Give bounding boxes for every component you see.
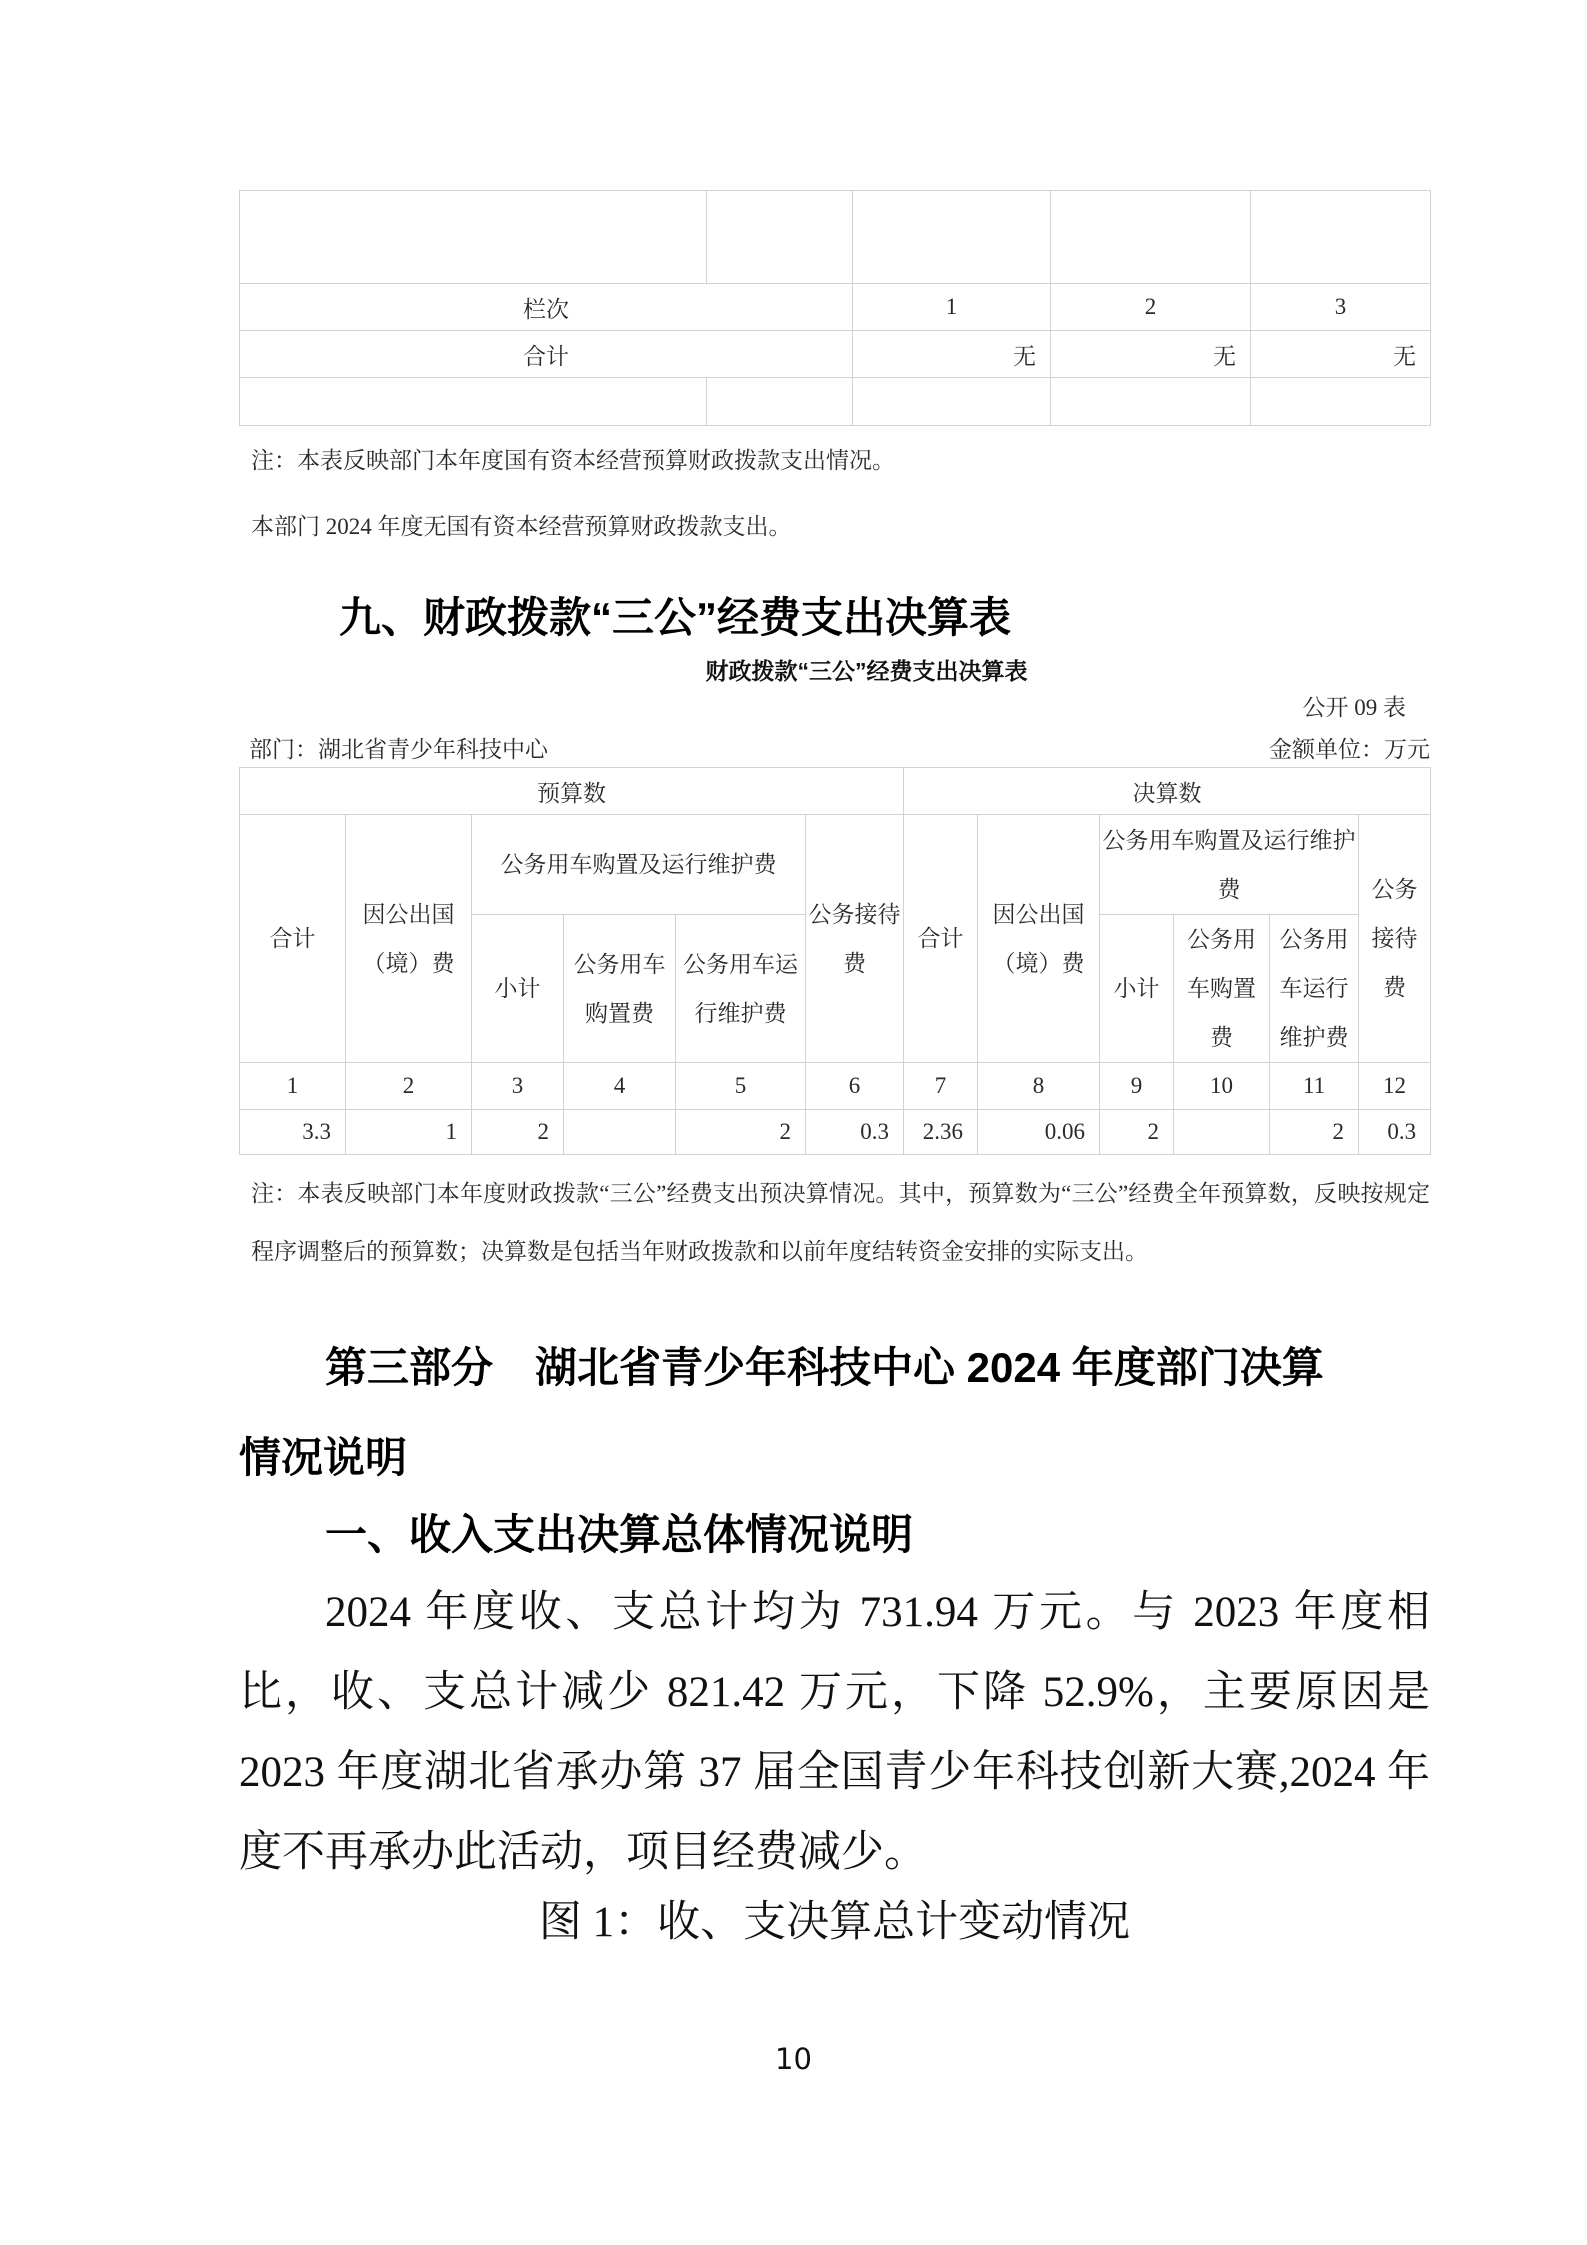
value-cell: 0.3 bbox=[1359, 1110, 1431, 1155]
total-value-cell: 无 bbox=[1051, 331, 1251, 378]
budget-vehicle-group-header: 公务用车购置及运行维护费 bbox=[472, 815, 806, 915]
column-number-cell: 3 bbox=[1251, 284, 1431, 331]
part-three-heading: 第三部分 湖北省青少年科技中心 2024 年度部门决算 情况说明 bbox=[239, 1323, 1430, 1503]
budget-vehicle-maintain-header: 公务用车运行维护费 bbox=[676, 915, 806, 1063]
budget-abroad-header: 因公出国（境）费 bbox=[346, 815, 472, 1063]
final-abroad-header: 因公出国（境）费 bbox=[978, 815, 1100, 1063]
value-cell: 2 bbox=[1270, 1110, 1359, 1155]
data-row: 3.3 1 2 2 0.3 2.36 0.06 2 2 0.3 bbox=[240, 1110, 1431, 1155]
empty-cell bbox=[707, 378, 853, 426]
part-three-heading-line1: 第三部分 湖北省青少年科技中心 2024 年度部门决算 bbox=[239, 1323, 1430, 1413]
value-cell: 0.06 bbox=[978, 1110, 1100, 1155]
value-cell: 3.3 bbox=[240, 1110, 346, 1155]
empty-cell bbox=[1251, 378, 1431, 426]
empty-cell bbox=[1251, 191, 1431, 284]
budget-group-header: 预算数 bbox=[240, 768, 904, 815]
total-row-label: 合计 bbox=[240, 331, 853, 378]
budget-total-header: 合计 bbox=[240, 815, 346, 1063]
column-number-cell: 1 bbox=[853, 284, 1051, 331]
sangong-table: 预算数 决算数 合计 因公出国（境）费 公务用车购置及运行维护费 公务接待费 合… bbox=[239, 767, 1431, 1155]
budget-reception-header: 公务接待费 bbox=[806, 815, 904, 1063]
value-cell: 2 bbox=[676, 1110, 806, 1155]
column-number-cell: 2 bbox=[1051, 284, 1251, 331]
empty-cell bbox=[1051, 191, 1251, 284]
value-cell bbox=[564, 1110, 676, 1155]
value-cell: 2 bbox=[472, 1110, 564, 1155]
total-value-cell: 无 bbox=[1251, 331, 1431, 378]
empty-cell bbox=[240, 191, 707, 284]
table-title: 财政拨款“三公”经费支出决算表 bbox=[239, 656, 1430, 686]
part-three-heading-line2: 情况说明 bbox=[239, 1413, 1430, 1503]
table-row: 预算数 决算数 bbox=[240, 768, 1431, 815]
empty-cell bbox=[707, 191, 853, 284]
column-number-cell: 11 bbox=[1270, 1063, 1359, 1110]
column-number-cell: 10 bbox=[1174, 1063, 1270, 1110]
final-total-header: 合计 bbox=[904, 815, 978, 1063]
table-row: 栏次 1 2 3 bbox=[240, 284, 1431, 331]
column-number-row: 1 2 3 4 5 6 7 8 9 10 11 12 bbox=[240, 1063, 1431, 1110]
table-row: 合计 因公出国（境）费 公务用车购置及运行维护费 公务接待费 合计 因公出国（境… bbox=[240, 815, 1431, 915]
content-area: 栏次 1 2 3 合计 无 无 无 注：本表反映部门本年度国有资本经营预算财政拨… bbox=[239, 190, 1430, 1953]
final-vehicle-purchase-header: 公务用车购置费 bbox=[1174, 915, 1270, 1063]
budget-vehicle-purchase-header: 公务用车购置费 bbox=[564, 915, 676, 1063]
table-row bbox=[240, 191, 1431, 284]
column-row-label: 栏次 bbox=[240, 284, 853, 331]
table-note: 本部门 2024 年度无国有资本经营预算财政拨款支出。 bbox=[239, 504, 1430, 550]
table-meta-row: 部门：湖北省青少年科技中心 金额单位：万元 bbox=[239, 736, 1430, 764]
final-vehicle-maintain-header: 公务用车运行维护费 bbox=[1270, 915, 1359, 1063]
table-row: 合计 无 无 无 bbox=[240, 331, 1431, 378]
final-reception-header: 公务接待费 bbox=[1359, 815, 1431, 1063]
overview-paragraph: 2024 年度收、支总计均为 731.94 万元。与 2023 年度相比，收、支… bbox=[239, 1573, 1430, 1893]
column-number-cell: 4 bbox=[564, 1063, 676, 1110]
column-number-cell: 1 bbox=[240, 1063, 346, 1110]
final-vehicle-group-header: 公务用车购置及运行维护费 bbox=[1100, 815, 1359, 915]
empty-cell bbox=[853, 378, 1051, 426]
total-value-cell: 无 bbox=[853, 331, 1051, 378]
empty-cell bbox=[853, 191, 1051, 284]
column-number-cell: 5 bbox=[676, 1063, 806, 1110]
column-number-cell: 2 bbox=[346, 1063, 472, 1110]
value-cell bbox=[1174, 1110, 1270, 1155]
empty-cell bbox=[240, 378, 707, 426]
final-subtotal-header: 小计 bbox=[1100, 915, 1174, 1063]
value-cell: 1 bbox=[346, 1110, 472, 1155]
state-capital-table: 栏次 1 2 3 合计 无 无 无 bbox=[239, 190, 1431, 426]
figure1-caption: 图 1：收、支决算总计变动情况 bbox=[239, 1893, 1430, 1953]
department-label: 部门：湖北省青少年科技中心 bbox=[249, 736, 548, 764]
column-number-cell: 9 bbox=[1100, 1063, 1174, 1110]
column-number-cell: 6 bbox=[806, 1063, 904, 1110]
section-nine-heading: 九、财政拨款“三公”经费支出决算表 bbox=[239, 592, 1430, 644]
public-table-code: 公开 09 表 bbox=[239, 694, 1430, 722]
value-cell: 2 bbox=[1100, 1110, 1174, 1155]
final-group-header: 决算数 bbox=[904, 768, 1431, 815]
page-number: 10 bbox=[0, 2042, 1587, 2076]
column-number-cell: 12 bbox=[1359, 1063, 1431, 1110]
column-number-cell: 8 bbox=[978, 1063, 1100, 1110]
unit-label: 金额单位：万元 bbox=[1269, 736, 1430, 764]
column-number-cell: 3 bbox=[472, 1063, 564, 1110]
empty-cell bbox=[1051, 378, 1251, 426]
column-number-cell: 7 bbox=[904, 1063, 978, 1110]
sangong-table-note: 注：本表反映部门本年度财政拨款“三公”经费支出预决算情况。其中，预算数为“三公”… bbox=[239, 1165, 1430, 1281]
document-page: 栏次 1 2 3 合计 无 无 无 注：本表反映部门本年度国有资本经营预算财政拨… bbox=[0, 0, 1587, 2245]
table-note: 注：本表反映部门本年度国有资本经营预算财政拨款支出情况。 bbox=[239, 438, 1430, 484]
value-cell: 2.36 bbox=[904, 1110, 978, 1155]
budget-subtotal-header: 小计 bbox=[472, 915, 564, 1063]
value-cell: 0.3 bbox=[806, 1110, 904, 1155]
subsection-one-heading: 一、收入支出决算总体情况说明 bbox=[239, 1509, 1430, 1561]
table-row bbox=[240, 378, 1431, 426]
